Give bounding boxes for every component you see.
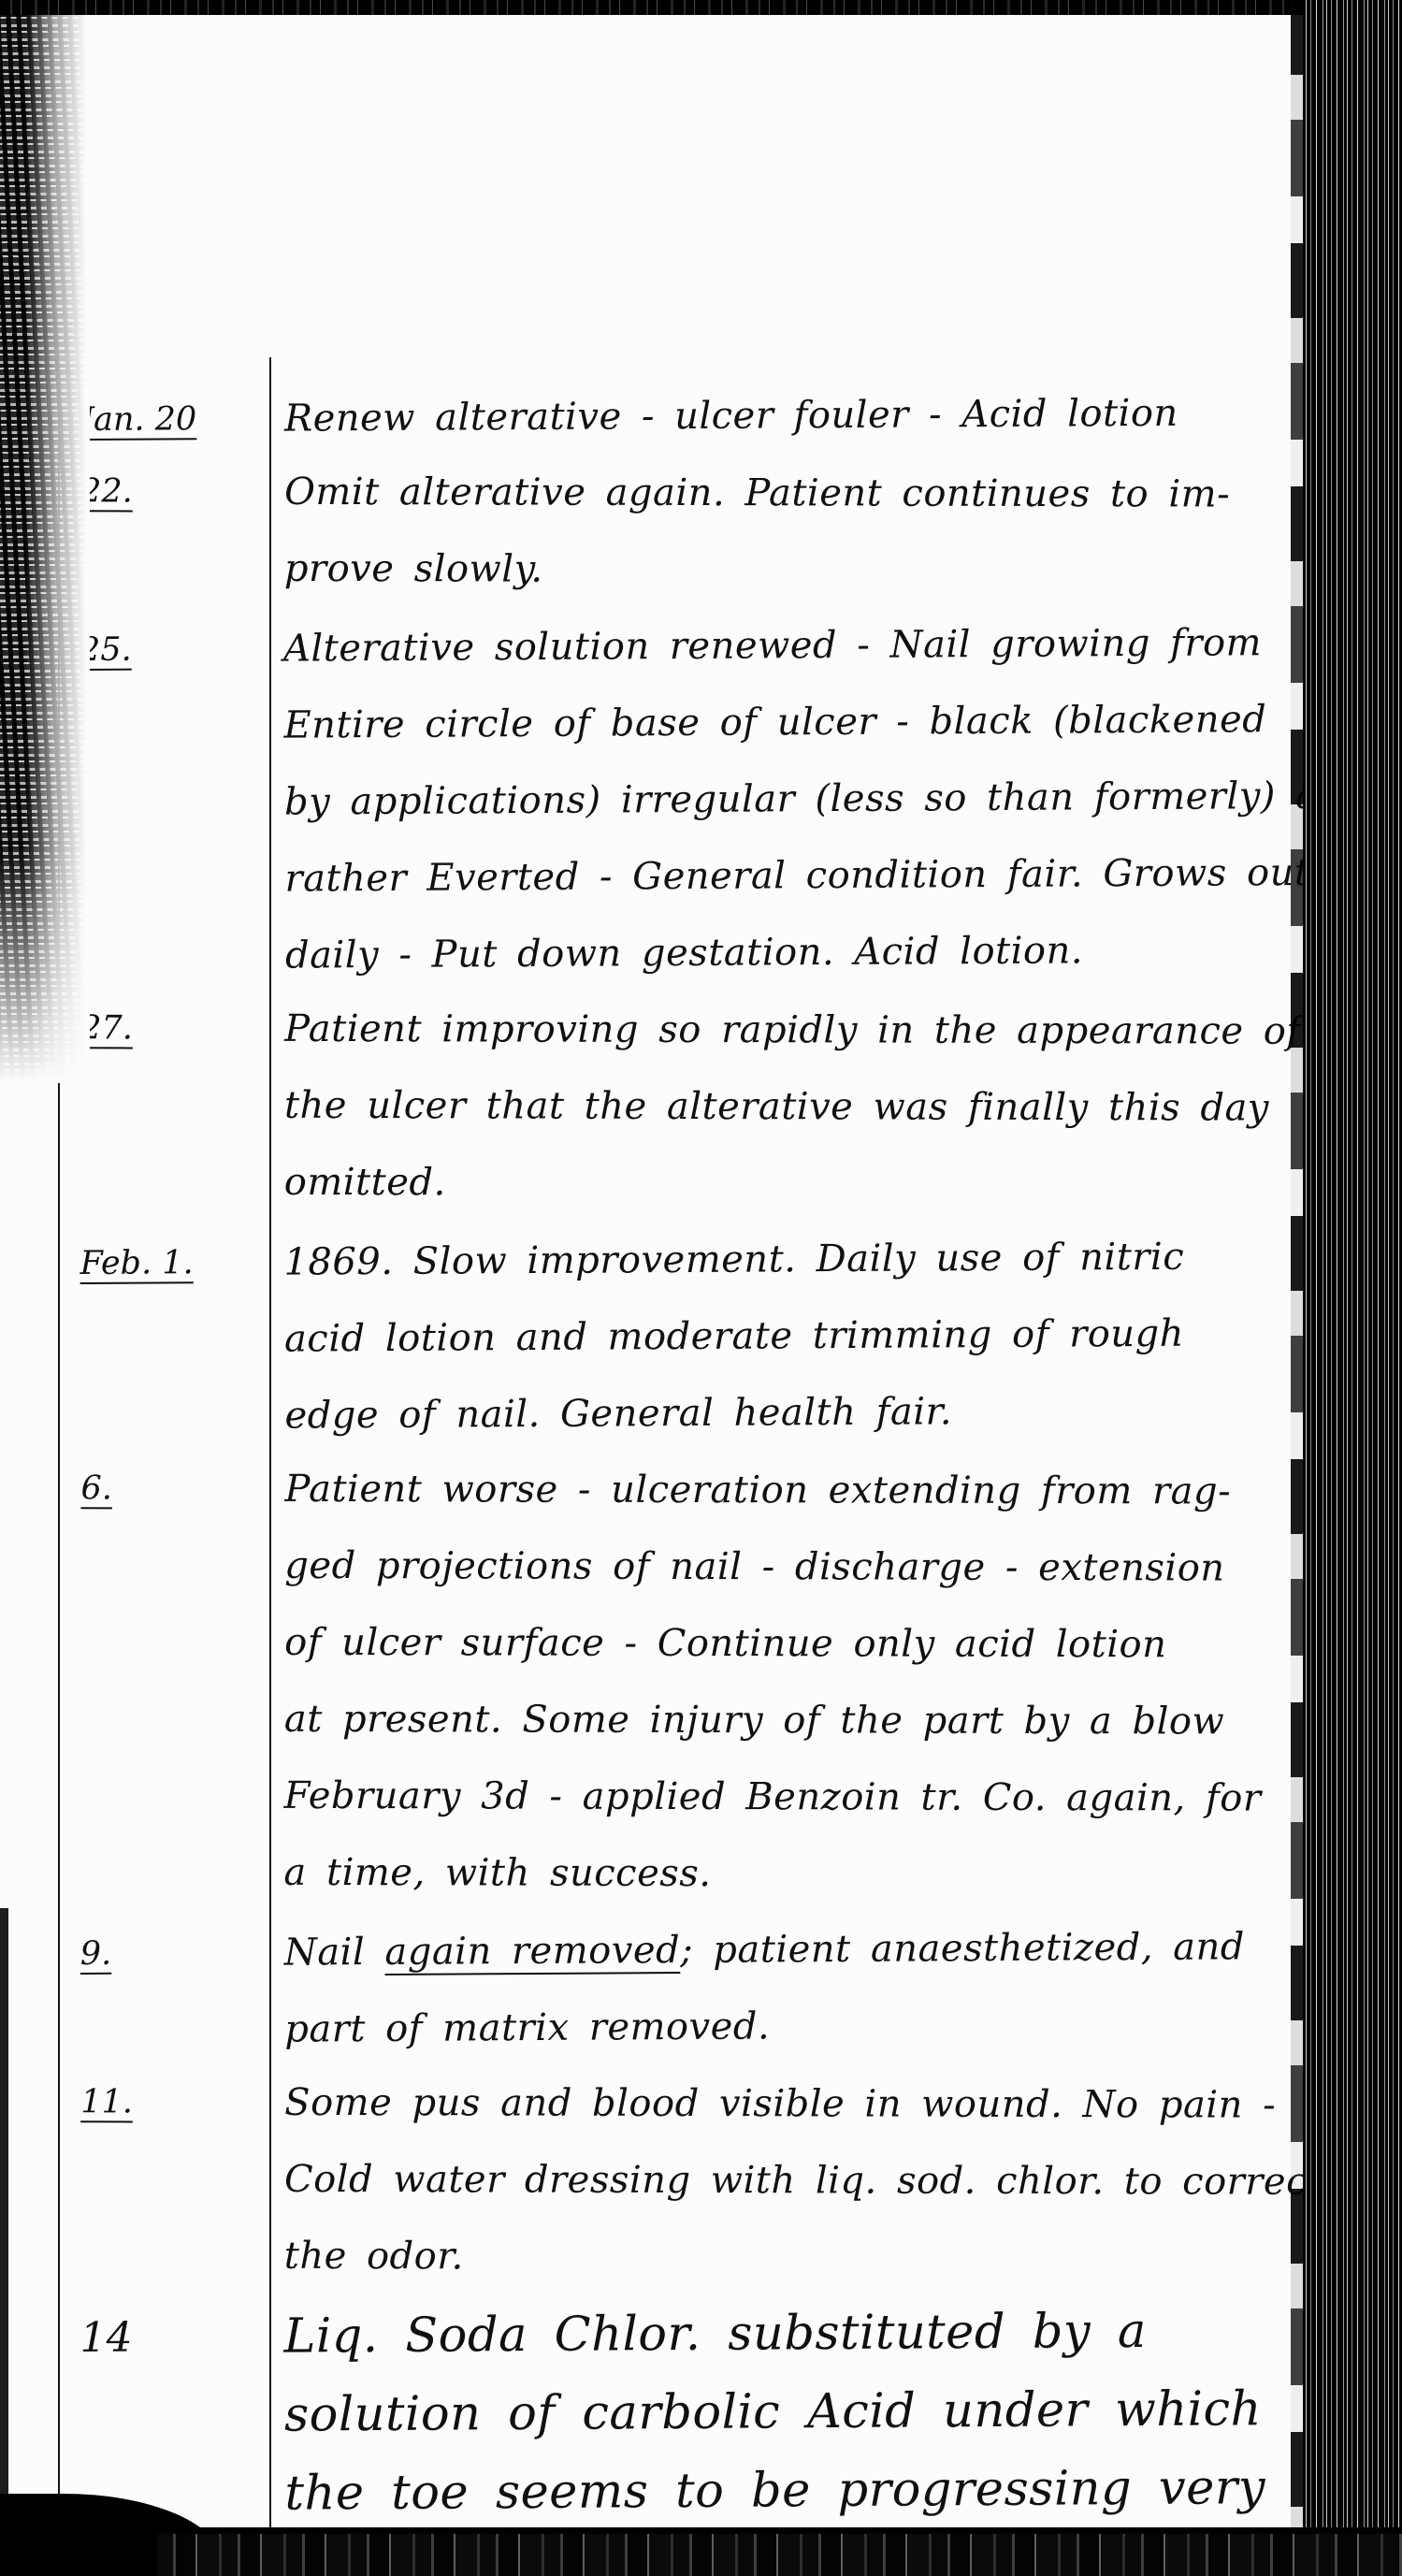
handwritten-line: solution of carbolic Acid under which <box>284 2370 1302 2455</box>
entry-text: Renew alterative - ulcer fouler - Acid l… <box>267 374 1302 457</box>
handwritten-line: Nail again removed; patient anaesthetize… <box>284 1908 1302 1991</box>
handwritten-line: omitted. <box>284 1144 1302 1223</box>
book-page-stack-edge <box>1303 0 1402 2576</box>
handwritten-line: part of matrix removed. <box>284 1985 1302 2068</box>
scan-left-page-edge-line <box>0 1908 8 2539</box>
scan-left-edge-texture <box>0 7 90 1083</box>
handwritten-line: Omit alterative again. Patient continues… <box>284 454 1302 533</box>
handwritten-line: at present. Some injury of the part by a… <box>284 1681 1302 1760</box>
entry-text: Liq. Soda Chlor. substituted by asolutio… <box>267 2292 1303 2534</box>
journal-entries: Jan. 20Renew alterative - ulcer fouler -… <box>71 378 1302 2531</box>
entry-date: 22. <box>71 453 267 607</box>
handwritten-line: acid lotion and moderate trimming of rou… <box>284 1295 1302 1378</box>
journal-entry: Feb. 1.1869. Slow improvement. Daily use… <box>70 1218 1302 1455</box>
entry-date: 9. <box>71 1915 268 2069</box>
handwritten-line: Renew alterative - ulcer fouler - Acid l… <box>284 374 1302 457</box>
handwritten-line: February 3d - applied Benzoin tr. Co. ag… <box>284 1758 1302 1837</box>
entry-date-label: 6. <box>80 1469 112 1507</box>
handwritten-line: the ulcer that the alterative was finall… <box>284 1067 1302 1147</box>
handwritten-line: Entire circle of base of ulcer - black (… <box>283 681 1366 764</box>
handwritten-line: Patient improving so rapidly in the appe… <box>284 991 1302 1070</box>
entry-text: Patient worse - ulceration extending fro… <box>267 1451 1302 1914</box>
entry-date-label: 14 <box>79 2314 132 2362</box>
journal-entry: 14Liq. Soda Chlor. substituted by asolut… <box>70 2292 1303 2535</box>
scanned-journal-page: Jan. 20Renew alterative - ulcer fouler -… <box>0 0 1402 2576</box>
entry-text: Omit alterative again. Patient continues… <box>267 454 1302 610</box>
entry-date-label: 9. <box>80 1935 112 1973</box>
journal-entry: 22.Omit alterative again. Patient contin… <box>71 453 1302 609</box>
journal-entry: 27.Patient improving so rapidly in the a… <box>71 990 1303 1223</box>
entry-date: Jan. 20 <box>71 381 267 458</box>
entry-date-label: Jan. 20 <box>80 400 196 439</box>
entry-date: 25. <box>70 611 269 995</box>
handwritten-line: the odor. <box>284 2218 1323 2297</box>
entry-date: 11. <box>71 2063 268 2294</box>
handwritten-line: Cold water dressing with liq. sod. chlor… <box>284 2141 1323 2221</box>
handwritten-line: of ulcer surface - Continue only acid lo… <box>284 1604 1302 1684</box>
entry-date: 6. <box>70 1450 267 1911</box>
handwritten-line: Liq. Soda Chlor. substituted by a <box>283 2292 1301 2377</box>
handwritten-line: rather Everted - General condition fair.… <box>284 834 1367 918</box>
handwritten-line: Some pus and blood visible in wound. No … <box>284 2064 1323 2144</box>
handwritten-line: prove slowly. <box>284 530 1302 610</box>
entry-text: Alterative solution renewed - Nail growi… <box>267 604 1368 994</box>
entry-text: Some pus and blood visible in wound. No … <box>267 2064 1323 2297</box>
entry-date: Feb. 1. <box>70 1224 267 1455</box>
journal-entry: 6.Patient worse - ulceration extending f… <box>70 1450 1302 1913</box>
entry-date-label: 11. <box>80 2083 133 2120</box>
entry-text: Nail again removed; patient anaesthetize… <box>267 1908 1303 2068</box>
journal-entry: 9.Nail again removed; patient anaestheti… <box>71 1908 1303 2069</box>
journal-entry: 11.Some pus and blood visible in wound. … <box>71 2063 1303 2296</box>
journal-entry: Jan. 20Renew alterative - ulcer fouler -… <box>71 374 1302 458</box>
journal-entry: 25.Alterative solution renewed - Nail gr… <box>70 604 1303 995</box>
entry-text: Patient improving so rapidly in the appe… <box>267 991 1303 1223</box>
entry-date-label: Feb. 1. <box>79 1244 193 1282</box>
entry-date: 27. <box>71 990 268 1221</box>
handwritten-line: ged projections of nail - discharge - ex… <box>284 1527 1302 1607</box>
handwritten-line: daily - Put down gestation. Acid lotion. <box>285 911 1368 994</box>
scan-top-edge <box>0 0 1402 15</box>
entry-text: 1869. Slow improvement. Daily use of nit… <box>267 1218 1302 1454</box>
handwritten-line: a time, with success. <box>283 1834 1301 1914</box>
handwritten-line: Patient worse - ulceration extending fro… <box>284 1451 1302 1530</box>
handwritten-line: the toe seems to be progressing very <box>284 2449 1302 2534</box>
handwritten-line: Alterative solution renewed - Nail growi… <box>283 604 1366 687</box>
scan-bottom-edge <box>157 2527 1402 2576</box>
handwritten-line: 1869. Slow improvement. Daily use of nit… <box>283 1218 1301 1301</box>
underlined-phrase: again removed <box>384 1929 680 1974</box>
handwritten-line: edge of nail. General health fair. <box>284 1371 1302 1454</box>
handwritten-line: by applications) irregular (less so than… <box>284 758 1367 841</box>
